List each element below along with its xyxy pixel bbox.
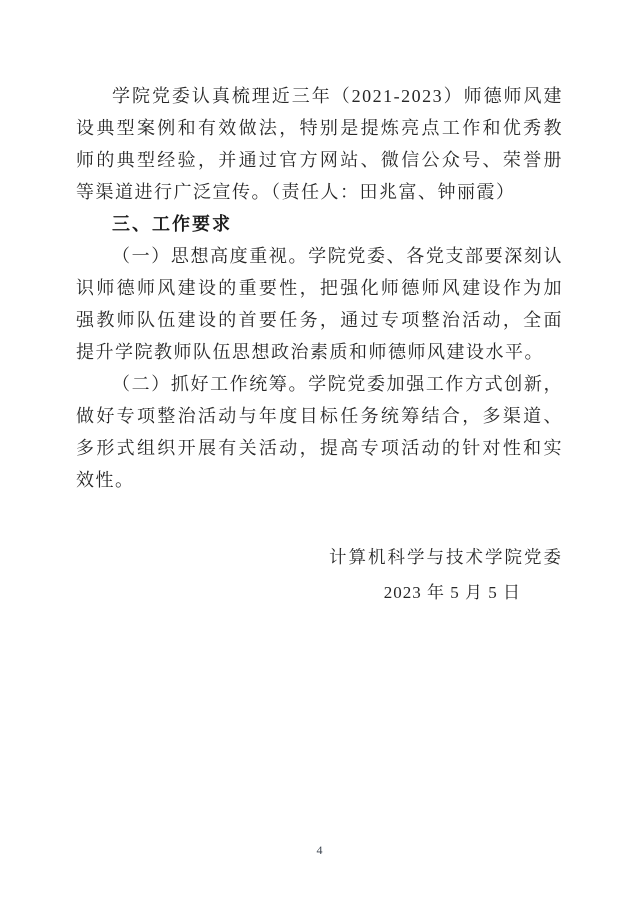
section-heading-work-requirements: 三、工作要求	[76, 208, 563, 240]
document-body: 学院党委认真梳理近三年（2021-2023）师德师风建设典型案例和有效做法，特别…	[76, 80, 563, 610]
paragraph-item-2: （二）抓好工作统筹。学院党委加强工作方式创新，做好专项整治活动与年度目标任务统筹…	[76, 368, 563, 496]
document-page: 学院党委认真梳理近三年（2021-2023）师德师风建设典型案例和有效做法，特别…	[0, 0, 639, 904]
signature-date: 2023 年 5 月 5 日	[76, 575, 563, 610]
signature-org: 计算机科学与技术学院党委	[76, 540, 563, 575]
paragraph-item-1: （一）思想高度重视。学院党委、各党支部要深刻认识师德师风建设的重要性，把强化师德…	[76, 240, 563, 368]
signature-block: 计算机科学与技术学院党委 2023 年 5 月 5 日	[76, 540, 563, 610]
paragraph-carryover: 学院党委认真梳理近三年（2021-2023）师德师风建设典型案例和有效做法，特别…	[76, 80, 563, 208]
page-number: 4	[0, 843, 639, 858]
